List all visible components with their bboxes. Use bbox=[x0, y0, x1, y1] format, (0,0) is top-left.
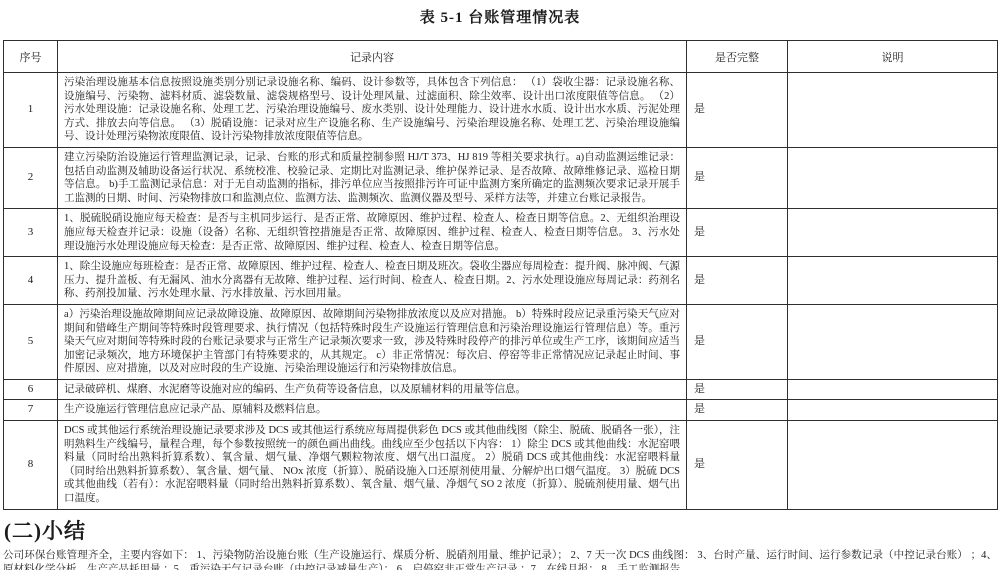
cell-note bbox=[788, 73, 998, 148]
table-row: 31、脱硫脱硝设施应每天检查：是否与主机同步运行、是否正常、故障原因、维护过程、… bbox=[4, 209, 998, 257]
cell-no: 1 bbox=[4, 73, 58, 148]
table-row: 2建立污染防治设施运行管理监测记录，记录、台账的形式和质量控制参照 HJ/T 3… bbox=[4, 147, 998, 208]
table-row: 7生产设施运行管理信息应记录产品、原辅料及燃料信息。是 bbox=[4, 400, 998, 421]
cell-no: 6 bbox=[4, 379, 58, 400]
table-row: 41、除尘设施应每班检查：是否正常、故障原因、维护过程、检查人、检查日期及班次。… bbox=[4, 257, 998, 305]
cell-complete: 是 bbox=[687, 147, 788, 208]
summary-body: 公司环保台账管理齐全，主要内容如下： 1、污染物防治设施台账（生产设施运行、煤质… bbox=[3, 549, 997, 570]
cell-content: 记录破碎机、煤磨、水泥磨等设施对应的编码、生产负荷等设备信息，以及原辅材料的用量… bbox=[58, 379, 687, 400]
cell-no: 4 bbox=[4, 257, 58, 305]
cell-note bbox=[788, 400, 998, 421]
cell-note bbox=[788, 421, 998, 510]
cell-content: DCS 或其他运行系统治理设施记录要求涉及 DCS 或其他运行系统应每周提供彩色… bbox=[58, 421, 687, 510]
cell-no: 7 bbox=[4, 400, 58, 421]
table-body: 1污染治理设施基本信息按照设施类别分别记录设施名称、编码、设计参数等，具体包含下… bbox=[4, 73, 998, 510]
cell-content: 生产设施运行管理信息应记录产品、原辅料及燃料信息。 bbox=[58, 400, 687, 421]
summary-heading: (二)小结 bbox=[4, 515, 1000, 545]
column-header-content: 记录内容 bbox=[58, 41, 687, 73]
cell-note bbox=[788, 379, 998, 400]
cell-no: 5 bbox=[4, 304, 58, 379]
table-header-row: 序号记录内容是否完整说明 bbox=[4, 41, 998, 73]
ledger-table: 序号记录内容是否完整说明 1污染治理设施基本信息按照设施类别分别记录设施名称、编… bbox=[3, 40, 998, 510]
cell-note bbox=[788, 304, 998, 379]
column-header-complete: 是否完整 bbox=[687, 41, 788, 73]
document-page: 表 5-1 台账管理情况表 序号记录内容是否完整说明 1污染治理设施基本信息按照… bbox=[0, 0, 1000, 570]
cell-no: 8 bbox=[4, 421, 58, 510]
cell-complete: 是 bbox=[687, 400, 788, 421]
column-header-note: 说明 bbox=[788, 41, 998, 73]
cell-complete: 是 bbox=[687, 421, 788, 510]
cell-note bbox=[788, 209, 998, 257]
cell-content: 1、除尘设施应每班检查：是否正常、故障原因、维护过程、检查人、检查日期及班次。袋… bbox=[58, 257, 687, 305]
cell-no: 3 bbox=[4, 209, 58, 257]
cell-note bbox=[788, 147, 998, 208]
cell-complete: 是 bbox=[687, 257, 788, 305]
cell-no: 2 bbox=[4, 147, 58, 208]
cell-content: 建立污染防治设施运行管理监测记录，记录、台账的形式和质量控制参照 HJ/T 37… bbox=[58, 147, 687, 208]
cell-note bbox=[788, 257, 998, 305]
cell-content: a）污染治理设施故障期间应记录故障设施、故障原因、故障期间污染物排放浓度以及应对… bbox=[58, 304, 687, 379]
cell-complete: 是 bbox=[687, 304, 788, 379]
cell-complete: 是 bbox=[687, 73, 788, 148]
table-row: 6记录破碎机、煤磨、水泥磨等设施对应的编码、生产负荷等设备信息，以及原辅材料的用… bbox=[4, 379, 998, 400]
column-header-no: 序号 bbox=[4, 41, 58, 73]
cell-complete: 是 bbox=[687, 379, 788, 400]
table-title: 表 5-1 台账管理情况表 bbox=[0, 0, 1000, 27]
cell-content: 1、脱硫脱硝设施应每天检查：是否与主机同步运行、是否正常、故障原因、维护过程、检… bbox=[58, 209, 687, 257]
table-row: 5a）污染治理设施故障期间应记录故障设施、故障原因、故障期间污染物排放浓度以及应… bbox=[4, 304, 998, 379]
table-row: 1污染治理设施基本信息按照设施类别分别记录设施名称、编码、设计参数等，具体包含下… bbox=[4, 73, 998, 148]
cell-complete: 是 bbox=[687, 209, 788, 257]
table-row: 8DCS 或其他运行系统治理设施记录要求涉及 DCS 或其他运行系统应每周提供彩… bbox=[4, 421, 998, 510]
cell-content: 污染治理设施基本信息按照设施类别分别记录设施名称、编码、设计参数等，具体包含下列… bbox=[58, 73, 687, 148]
